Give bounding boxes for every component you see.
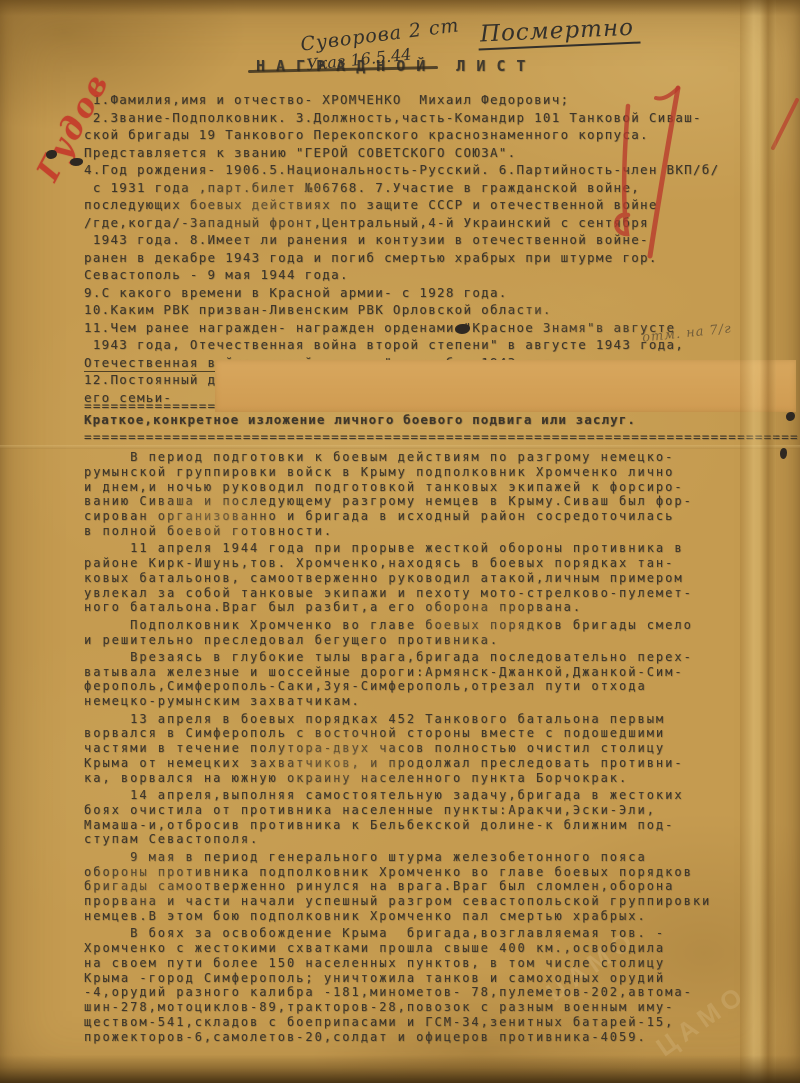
text-line: Подполковник Хромченко во главе боевых п… bbox=[84, 618, 784, 633]
text-line: прорвана и части начали успешный разгром… bbox=[84, 894, 784, 909]
text-line: ковых батальонов, самоотверженно руковод… bbox=[84, 571, 784, 586]
text-line: обороны противника подполковник Хромченк… bbox=[84, 865, 784, 880]
text-line: боях очистила от противника населенные п… bbox=[84, 803, 784, 818]
paragraph: В боях за освобождение Крыма бригада,воз… bbox=[84, 926, 784, 1044]
text-line: районе Кирк-Ишунь,тов. Хромченко,находяс… bbox=[84, 556, 784, 571]
horizontal-fold bbox=[0, 445, 800, 449]
section-header: Краткое,конкретное изложение личного бое… bbox=[84, 412, 636, 427]
paragraph: 11 апреля 1944 года при прорыве жесткой … bbox=[84, 541, 784, 615]
divider-short: ================= bbox=[84, 398, 234, 413]
red-edge-slash bbox=[770, 96, 800, 151]
paper-bottom-edge bbox=[0, 1055, 800, 1083]
text-line: немецко-румынским захватчикам. bbox=[84, 694, 784, 709]
text-line: ферополь,Симферополь-Саки,Зуя-Симферопол… bbox=[84, 679, 784, 694]
text-line: 9 мая в период генерального штурма желез… bbox=[84, 850, 784, 865]
text-line: сирован организованно и бригада в исходн… bbox=[84, 509, 784, 524]
text-line: шин-278,мотоциклов-89,тракторов-28,повоз… bbox=[84, 1000, 784, 1015]
paragraph: Врезаясь в глубокие тылы врага,бригада п… bbox=[84, 650, 784, 709]
text-line: 14 апреля,выполняя самостоятельную задач… bbox=[84, 788, 784, 803]
red-pencil-mark bbox=[598, 84, 693, 264]
ink-speck bbox=[70, 158, 83, 166]
divider-long: ========================================… bbox=[84, 429, 799, 444]
paragraph: 9 мая в период генерального штурма желез… bbox=[84, 850, 784, 924]
text-line: увлекал за собой танковые экипажи и пехо… bbox=[84, 586, 784, 601]
paragraph: В период подготовки к боевым действиям п… bbox=[84, 450, 784, 539]
text-line: -4,орудий разного калибра -181,минометов… bbox=[84, 985, 784, 1000]
feat-description-section: В период подготовки к боевым действиям п… bbox=[84, 450, 784, 1047]
text-line: прожекторов-6,самолетов-20,солдат и офиц… bbox=[84, 1030, 784, 1045]
text-line: на своем пути более 150 населенных пункт… bbox=[84, 956, 784, 971]
text-line: 10.Каким РВК призван-Ливенским РВК Орлов… bbox=[84, 301, 794, 319]
text-line: немцев.В этом бою подполковник Хромченко… bbox=[84, 909, 784, 924]
text-line: 13 апреля в боевых порядках 452 Танковог… bbox=[84, 712, 784, 727]
paragraph: 14 апреля,выполняя самостоятельную задач… bbox=[84, 788, 784, 847]
text-line: румынской группировки войск в Крыму подп… bbox=[84, 465, 784, 480]
text-line: Крыма -город Симферополь; уничтожила тан… bbox=[84, 971, 784, 986]
text-line: 11 апреля 1944 года при прорыве жесткой … bbox=[84, 541, 784, 556]
paragraph: 13 апреля в боевых порядках 452 Танковог… bbox=[84, 712, 784, 786]
text-line: частями в течение полутора-двух часов по… bbox=[84, 741, 784, 756]
text-line: Врезаясь в глубокие тылы врага,бригада п… bbox=[84, 650, 784, 665]
text-line: Крыма от немецких захватчиков, и продолж… bbox=[84, 756, 784, 771]
ink-speck bbox=[780, 448, 787, 459]
text-line: ванию Сиваша и последующему разгрому нем… bbox=[84, 494, 784, 509]
text-line: бригады самоотверженно ринулся на врага.… bbox=[84, 879, 784, 894]
redacted-address-patch bbox=[215, 360, 796, 412]
text-line: ка, ворвался на южную окраину населенног… bbox=[84, 771, 784, 786]
text-line: ного батальона.Враг был разбит,а его обо… bbox=[84, 600, 784, 615]
text-line: Хромченко с жестокими схватками прошла с… bbox=[84, 941, 784, 956]
text-line: В период подготовки к боевым действиям п… bbox=[84, 450, 784, 465]
text-line: 9.С какого времени в Красной армии- с 19… bbox=[84, 284, 794, 302]
text-line: В боях за освобождение Крыма бригада,воз… bbox=[84, 926, 784, 941]
text-line: ступам Севастополя. bbox=[84, 832, 784, 847]
text-line: ворвался в Симферополь с восточной сторо… bbox=[84, 726, 784, 741]
paragraph: Подполковник Хромченко во главе боевых п… bbox=[84, 618, 784, 648]
text-line: ществом-541,складов с боеприпасами и ГСМ… bbox=[84, 1015, 784, 1030]
text-line: в полной боевой готовности. bbox=[84, 524, 784, 539]
text-line: Севастополь - 9 мая 1944 года. bbox=[84, 266, 794, 284]
text-line: и решительно преследовал бегущего против… bbox=[84, 633, 784, 648]
handwritten-posthumous-note: Посмертно bbox=[477, 14, 640, 50]
paper-top-edge bbox=[0, 0, 800, 16]
text-line: ватывала железные и шоссейные дороги:Арм… bbox=[84, 665, 784, 680]
text-line: и днем,и ночью руководил подготовкой тан… bbox=[84, 480, 784, 495]
ink-speck bbox=[786, 412, 795, 421]
text-line: Мамаша-и,отбросив противника к Бельбекск… bbox=[84, 818, 784, 833]
award-sheet-document: ЦАМО ЦАМО Суворова 2 ст Указ 16.5.44 Пос… bbox=[0, 0, 800, 1083]
